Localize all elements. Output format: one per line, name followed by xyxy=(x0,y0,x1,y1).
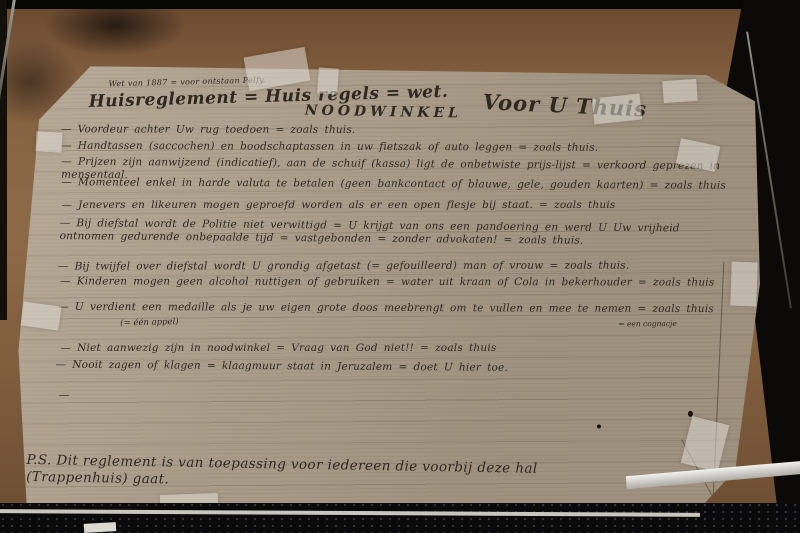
bottom-band xyxy=(0,503,800,533)
rule-line: — Bij diefstal wordt de Politie niet ver… xyxy=(60,217,728,249)
tape-piece xyxy=(662,79,697,103)
cardboard-hole xyxy=(597,425,601,429)
rule-line: — Bij twijfel over diefstal wordt U gron… xyxy=(58,259,726,273)
shop-name-text: NOODWINKEL xyxy=(305,103,462,124)
apple-note: (= één appel) xyxy=(120,317,179,329)
bottom-notch xyxy=(84,522,116,533)
tape-piece xyxy=(317,67,339,94)
rule-line: — Niet aanwezig zijn in noodwinkel = Vra… xyxy=(60,342,728,355)
rule-line: — Voordeur achter Uw rug toedoen = zoals… xyxy=(61,123,729,137)
tape-piece xyxy=(21,301,62,330)
cardboard-sign: Wet van 1887 = voor ontstaan Pelfy. Huis… xyxy=(16,61,761,510)
photo-frame: Wet van 1887 = voor ontstaan Pelfy. Huis… xyxy=(0,0,800,533)
tape-piece xyxy=(730,262,758,307)
ps-note: P.S. Dit reglement is van toepassing voo… xyxy=(26,452,567,495)
stray-dash: — xyxy=(59,385,727,403)
photo-top-edge xyxy=(0,0,800,9)
rule-line: — Momenteel enkel in harde valuta te bet… xyxy=(61,176,729,193)
rule-line: — Handtassen (saccochen) en boodschaptas… xyxy=(61,140,729,155)
rule-line: — Kinderen mogen geen alcohol nuttigen o… xyxy=(60,275,728,289)
tape-piece xyxy=(592,94,642,125)
rule-line: — Jenevers en likeuren mogen geproefd wo… xyxy=(61,199,729,212)
rule-line: — Nooit zagen of klagen = klaagmuur staa… xyxy=(56,359,724,377)
tape-piece xyxy=(35,131,62,152)
cognac-note: = een cognacje xyxy=(618,319,677,329)
rule-line: — U verdient een medaille als je uw eige… xyxy=(58,301,726,316)
